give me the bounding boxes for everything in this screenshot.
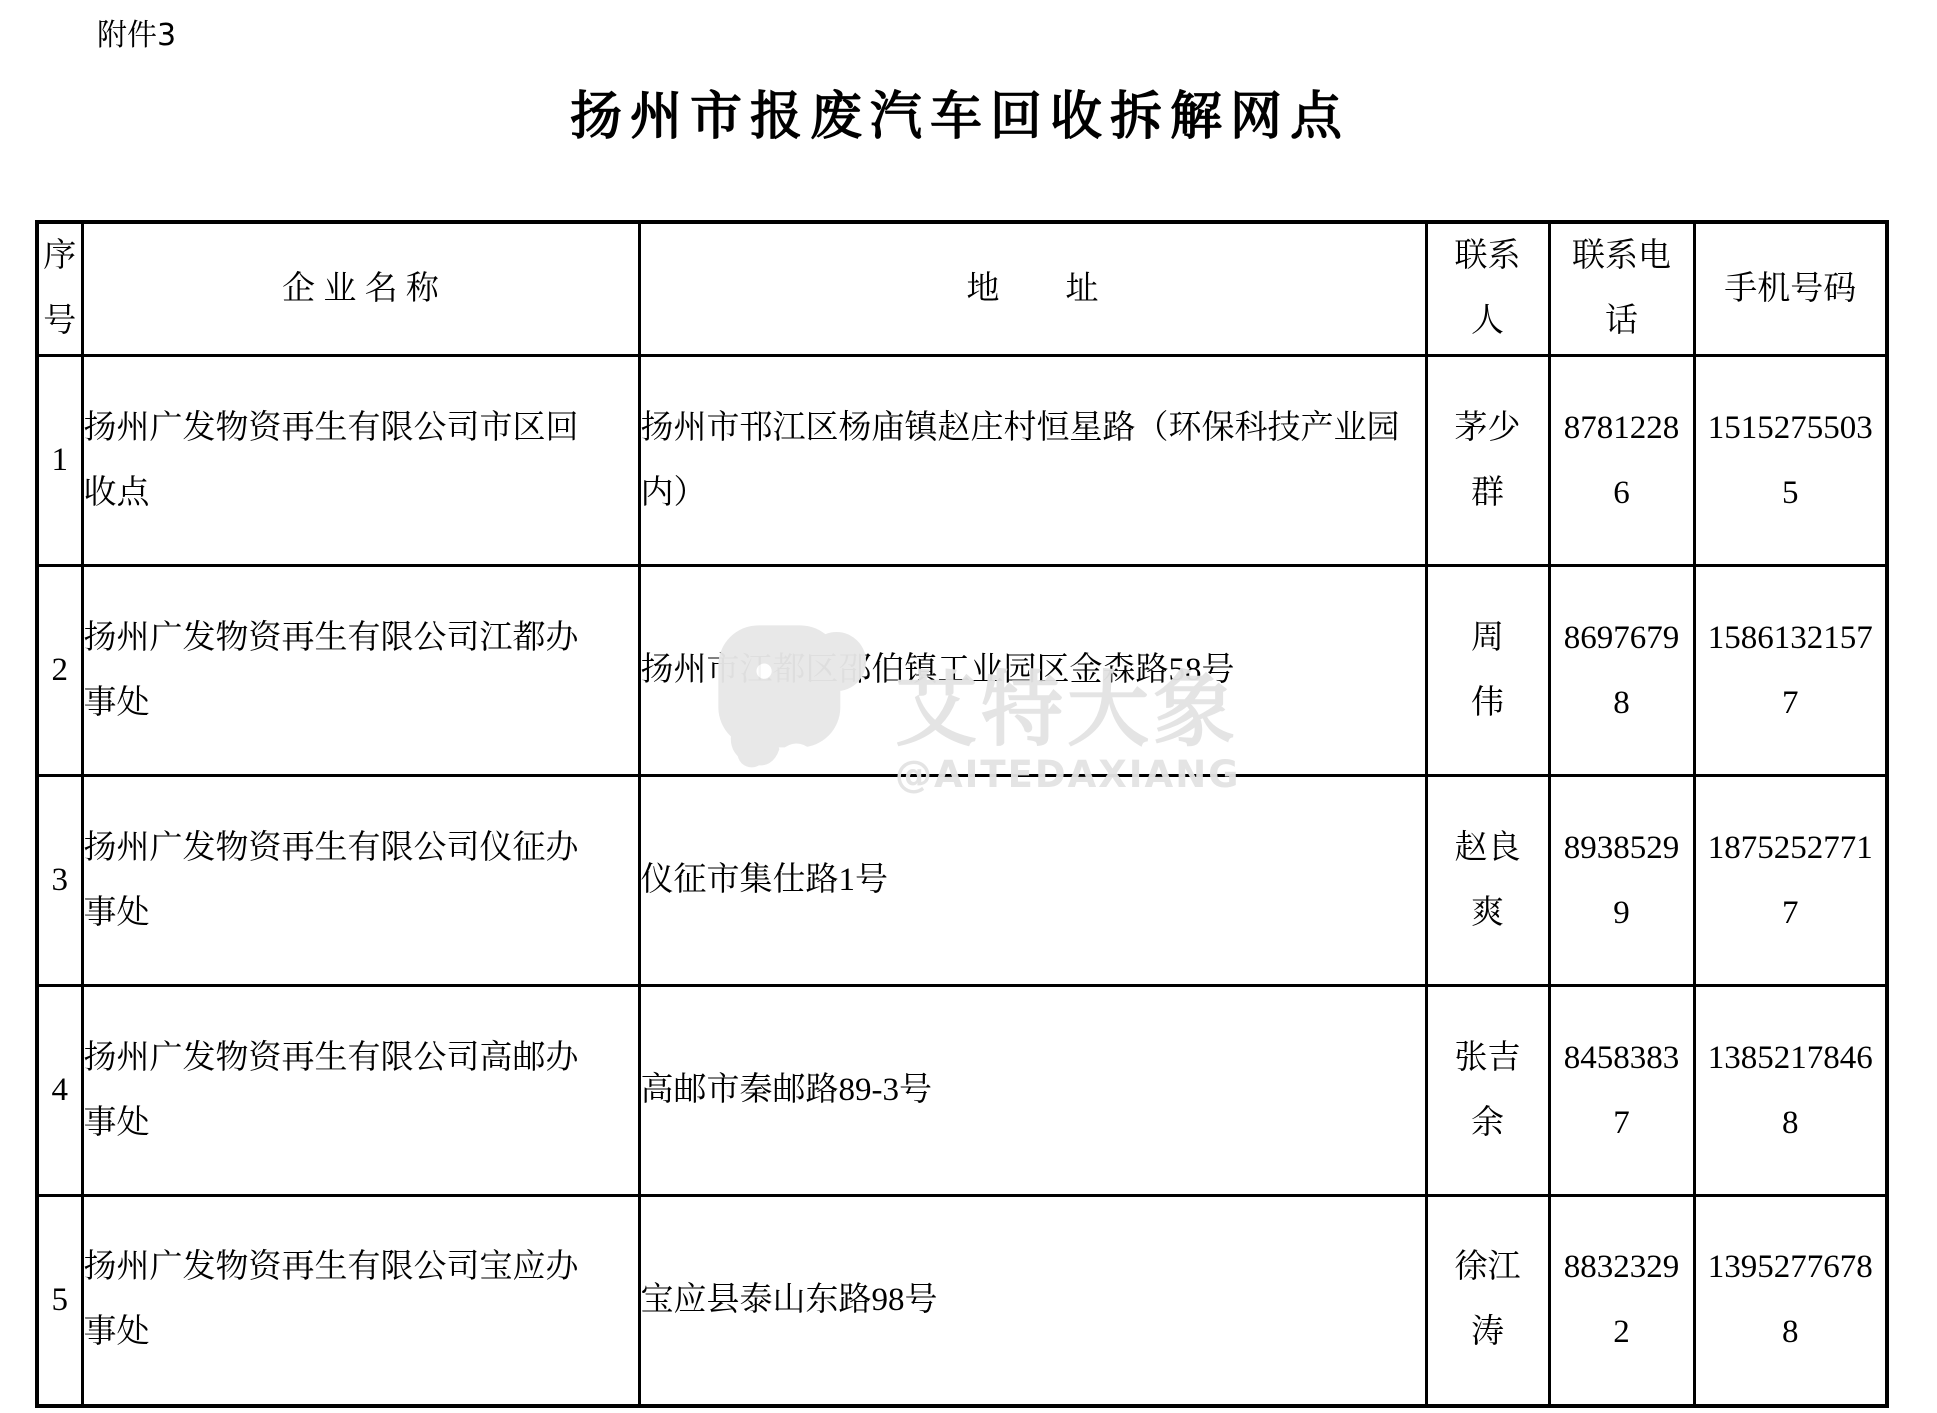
header-phone: 联系电 话 <box>1549 222 1694 356</box>
cell-company: 扬州广发物资再生有限公司高邮办 事处 <box>82 986 639 1196</box>
cell-mobile: 1385217846 8 <box>1694 986 1887 1196</box>
cell-address: 扬州市邗江区杨庙镇赵庄村恒星路（环保科技产业园 内） <box>639 356 1426 566</box>
cell-contact: 茅少 群 <box>1426 356 1549 566</box>
table-row: 2 扬州广发物资再生有限公司江都办 事处 扬州市江都区邵伯镇工业园区金森路58号… <box>37 566 1887 776</box>
table-row: 4 扬州广发物资再生有限公司高邮办 事处 高邮市秦邮路89-3号 张吉 余 84… <box>37 986 1887 1196</box>
cell-seq: 2 <box>37 566 82 776</box>
cell-address: 高邮市秦邮路89-3号 <box>639 986 1426 1196</box>
page-title: 扬州市报废汽车回收拆解网点 <box>35 74 1885 149</box>
cell-seq: 3 <box>37 776 82 986</box>
cell-seq: 1 <box>37 356 82 566</box>
table-row: 1 扬州广发物资再生有限公司市区回 收点 扬州市邗江区杨庙镇赵庄村恒星路（环保科… <box>37 356 1887 566</box>
cell-seq: 4 <box>37 986 82 1196</box>
cell-phone: 8832329 2 <box>1549 1196 1694 1406</box>
header-address: 地 址 <box>639 222 1426 356</box>
cell-address: 扬州市江都区邵伯镇工业园区金森路58号 <box>639 566 1426 776</box>
table-header-row: 序 号 企 业 名 称 地 址 联系 人 联系电 话 手机号码 <box>37 222 1887 356</box>
cell-company: 扬州广发物资再生有限公司宝应办 事处 <box>82 1196 639 1406</box>
cell-contact: 张吉 余 <box>1426 986 1549 1196</box>
table-row: 5 扬州广发物资再生有限公司宝应办 事处 宝应县泰山东路98号 徐江 涛 883… <box>37 1196 1887 1406</box>
header-mobile: 手机号码 <box>1694 222 1887 356</box>
cell-contact: 周 伟 <box>1426 566 1549 776</box>
header-seq: 序 号 <box>37 222 82 356</box>
cell-phone: 8697679 8 <box>1549 566 1694 776</box>
header-company: 企 业 名 称 <box>82 222 639 356</box>
cell-contact: 赵良 爽 <box>1426 776 1549 986</box>
cell-mobile: 1586132157 7 <box>1694 566 1887 776</box>
header-contact: 联系 人 <box>1426 222 1549 356</box>
cell-mobile: 1875252771 7 <box>1694 776 1887 986</box>
attachment-label: 附件3 <box>97 18 176 54</box>
cell-address: 宝应县泰山东路98号 <box>639 1196 1426 1406</box>
cell-contact: 徐江 涛 <box>1426 1196 1549 1406</box>
recycling-sites-table: 序 号 企 业 名 称 地 址 联系 人 联系电 话 手机号码 1 扬州广发物资… <box>35 220 1889 1408</box>
cell-company: 扬州广发物资再生有限公司江都办 事处 <box>82 566 639 776</box>
cell-phone: 8781228 6 <box>1549 356 1694 566</box>
cell-company: 扬州广发物资再生有限公司市区回 收点 <box>82 356 639 566</box>
cell-mobile: 1515275503 5 <box>1694 356 1887 566</box>
cell-mobile: 1395277678 8 <box>1694 1196 1887 1406</box>
table-row: 3 扬州广发物资再生有限公司仪征办 事处 仪征市集仕路1号 赵良 爽 89385… <box>37 776 1887 986</box>
cell-company: 扬州广发物资再生有限公司仪征办 事处 <box>82 776 639 986</box>
cell-seq: 5 <box>37 1196 82 1406</box>
document-page: 附件3 扬州市报废汽车回收拆解网点 序 号 企 业 名 称 地 址 联系 人 联… <box>0 0 1937 1413</box>
cell-phone: 8938529 9 <box>1549 776 1694 986</box>
cell-address: 仪征市集仕路1号 <box>639 776 1426 986</box>
cell-phone: 8458383 7 <box>1549 986 1694 1196</box>
